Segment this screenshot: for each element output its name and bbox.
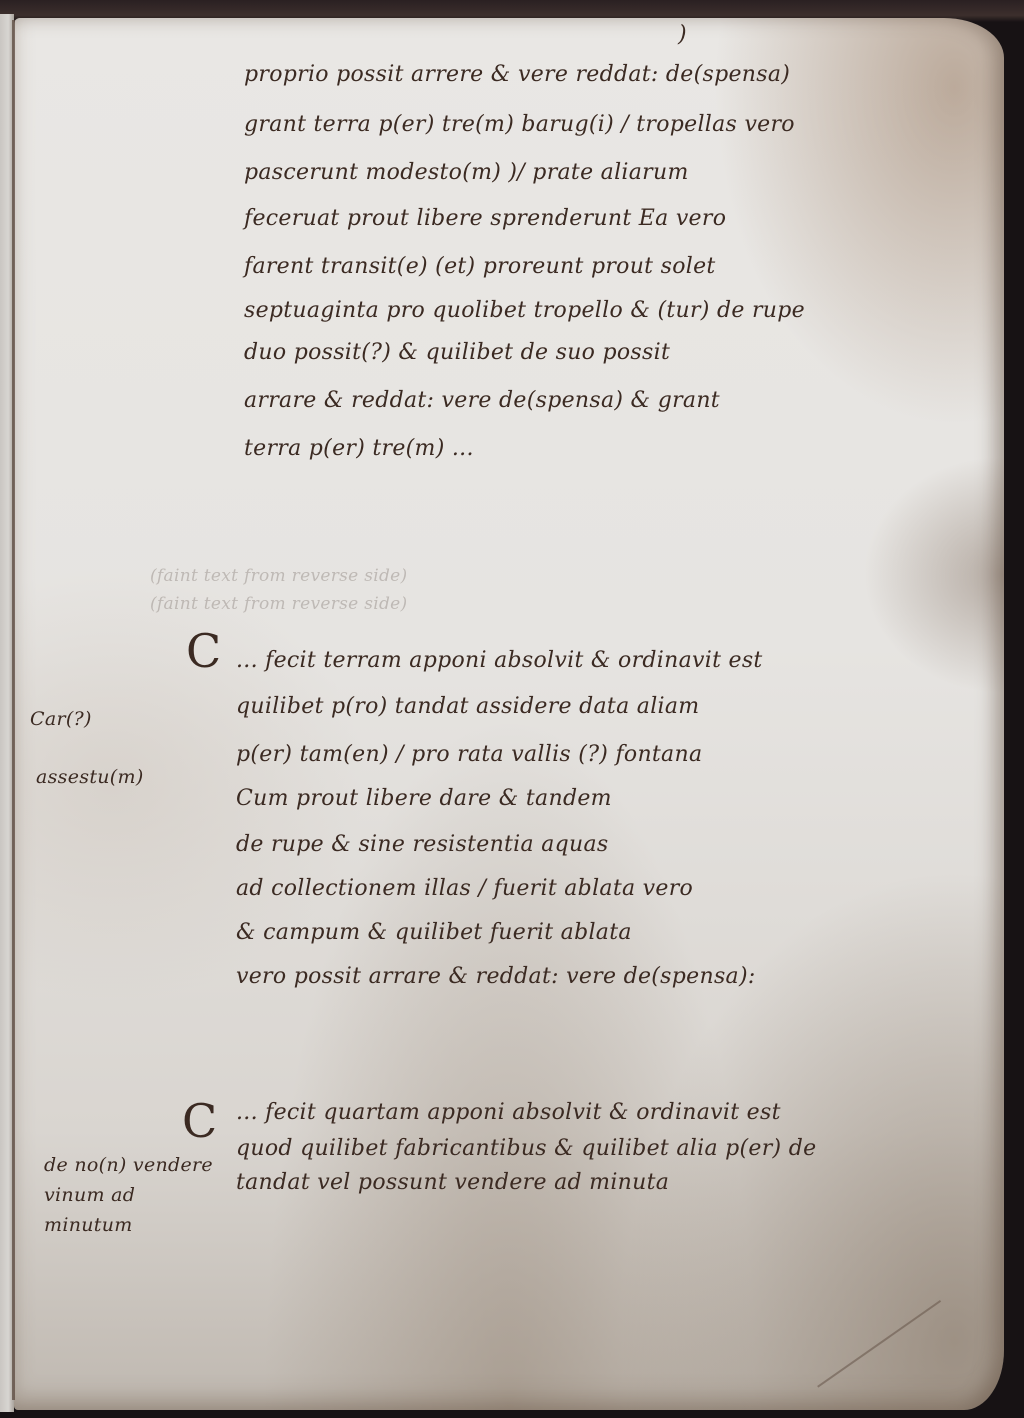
text-line: ad collectionem illas / fuerit ablata ve…	[236, 876, 693, 901]
text-line: feceruat prout libere sprenderunt Ea ver…	[244, 206, 726, 231]
decorated-initial: C	[182, 1094, 217, 1148]
text-line: ... fecit quartam apponi absolvit & ordi…	[236, 1100, 781, 1125]
text-line: terra p(er) tre(m) ...	[244, 436, 474, 461]
decorated-initial: C	[186, 624, 221, 678]
margin-note-line: de no(n) vendere	[44, 1154, 213, 1176]
text-line: p(er) tam(en) / pro rata vallis (?) font…	[236, 742, 702, 767]
bleed-through-line: (faint text from reverse side)	[150, 566, 407, 586]
text-line: septuaginta pro quolibet tropello & (tur…	[244, 298, 805, 323]
text-line: proprio possit arrere & vere reddat: de(…	[244, 62, 790, 87]
text-line: pascerunt modesto(m) )/ prate aliarum	[244, 160, 689, 185]
text-line: vero possit arrare & reddat: vere de(spe…	[236, 964, 756, 989]
text-line: ... fecit terram apponi absolvit & ordin…	[236, 648, 763, 673]
margin-note-line: vinum ad	[44, 1184, 135, 1206]
text-line: tandat vel possunt vendere ad minuta	[236, 1170, 669, 1195]
margin-note-line: Car(?)	[30, 708, 92, 730]
margin-note-line: assestu(m)	[36, 766, 144, 788]
text-line: quilibet p(ro) tandat assidere data alia…	[236, 694, 699, 719]
text-line: de rupe & sine resistentia aquas	[236, 832, 609, 857]
folio-mark: )	[678, 22, 687, 47]
manuscript-page: ) proprio possit arrere & vere reddat: d…	[0, 0, 1024, 1418]
text-line: Cum prout libere dare & tandem	[236, 786, 612, 811]
text-line: & campum & quilibet fuerit ablata	[236, 920, 632, 945]
text-line: grant terra p(er) tre(m) barug(i) / trop…	[244, 112, 795, 137]
bleed-through-line: (faint text from reverse side)	[150, 594, 407, 614]
binding-gutter	[12, 20, 15, 1400]
text-line: farent transit(e) (et) proreunt prout so…	[244, 254, 716, 279]
text-line: quod quilibet fabricantibus & quilibet a…	[236, 1136, 816, 1161]
margin-note-line: minutum	[44, 1214, 133, 1236]
text-line: duo possit(?) & quilibet de suo possit	[244, 340, 670, 365]
text-line: arrare & reddat: vere de(spensa) & grant	[244, 388, 720, 413]
